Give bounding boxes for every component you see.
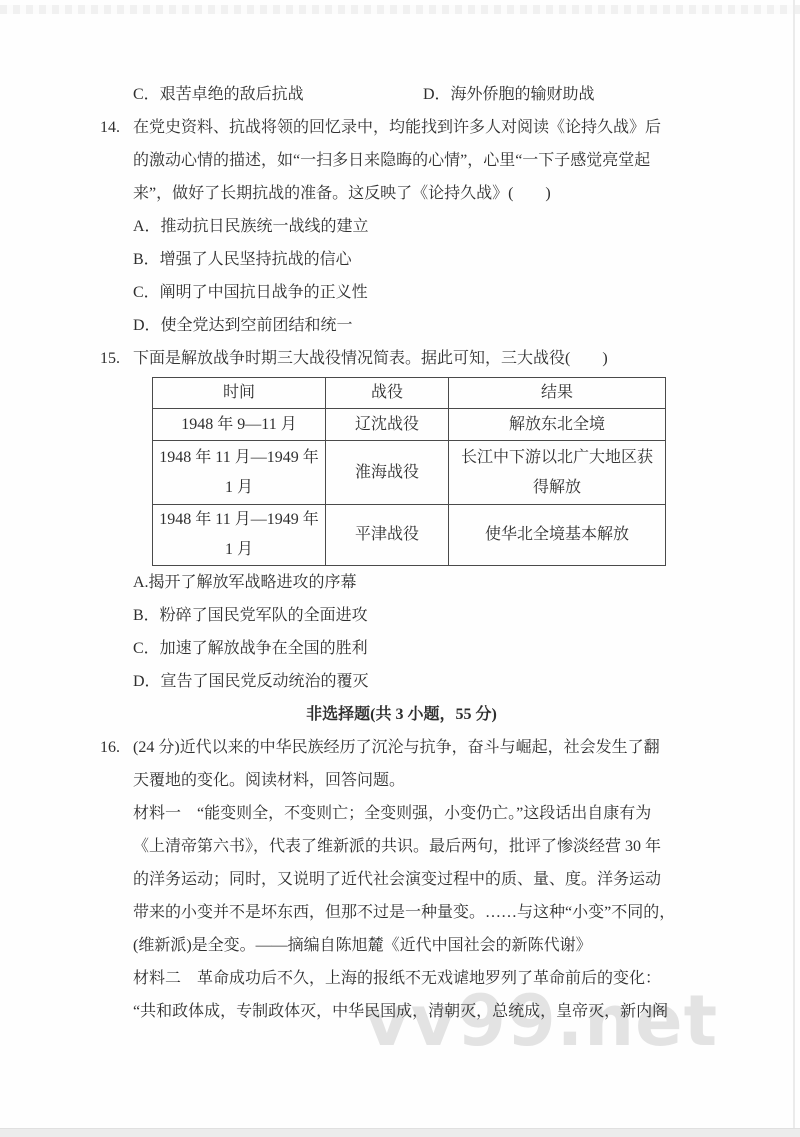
question-15-option-b: B．粉碎了国民党军队的全面进攻 (133, 599, 705, 632)
material-1-line: 带来的小变并不是坏东西，但那不过是一种量变。……与这种“小变”不同的， (133, 896, 705, 929)
material-1-line: 材料一 “能变则全，不变则亡；全变则强，小变仍亡。”这段话出自康有为 (133, 797, 705, 830)
table-cell-result: 长江中下游以北广大地区获得解放 (449, 441, 666, 505)
table-cell-battle: 辽沈战役 (326, 409, 449, 441)
table-row: 1948 年 11 月—1949 年 1 月 平津战役 使华北全境基本解放 (153, 505, 666, 566)
table-cell-battle: 淮海战役 (326, 441, 449, 505)
table-header-time: 时间 (153, 378, 326, 409)
question-15-line: 下面是解放战争时期三大战役情况简表。据此可知，三大战役( ) (133, 342, 705, 375)
question-14-option-a: A．推动抗日民族统一战线的建立 (133, 210, 705, 243)
material-1-line: (维新派)是全变。——摘编自陈旭麓《近代中国社会的新陈代谢》 (133, 929, 705, 962)
section-header: 非选择题(共 3 小题，55 分) (98, 698, 705, 731)
option-d-text: D．海外侨胞的输财助战 (423, 78, 595, 111)
question-14: 14. 在党史资料、抗战将领的回忆录中，均能找到许多人对阅读《论持久战》后 的激… (133, 111, 705, 342)
question-16: 16. (24 分)近代以来的中华民族经历了沉沦与抗争，奋斗与崛起，社会发生了翻… (133, 731, 705, 1028)
question-15: 15. 下面是解放战争时期三大战役情况简表。据此可知，三大战役( ) 时间 战役… (133, 342, 705, 698)
question-16-number: 16. (100, 731, 120, 764)
question-14-option-b: B．增强了人民坚持抗战的信心 (133, 243, 705, 276)
table-row: 1948 年 11 月—1949 年 1 月 淮海战役 长江中下游以北广大地区获… (153, 441, 666, 505)
three-campaigns-table: 时间 战役 结果 1948 年 9—11 月 辽沈战役 解放东北全境 1948 … (152, 377, 666, 566)
question-15-option-d: D．宣告了国民党反动统治的覆灭 (133, 665, 705, 698)
table-cell-result: 使华北全境基本解放 (449, 505, 666, 566)
table-header-row: 时间 战役 结果 (153, 378, 666, 409)
material-2: 材料二 革命成功后不久，上海的报纸不无戏谑地罗列了革命前后的变化： “共和政体成… (133, 962, 705, 1028)
question-15-option-a: A.揭开了解放军战略进攻的序幕 (133, 566, 705, 599)
table-cell-battle: 平津战役 (326, 505, 449, 566)
table-row: 1948 年 9—11 月 辽沈战役 解放东北全境 (153, 409, 666, 441)
question-15-option-c: C．加速了解放战争在全国的胜利 (133, 632, 705, 665)
question-16-line: (24 分)近代以来的中华民族经历了沉沦与抗争，奋斗与崛起，社会发生了翻 (133, 731, 705, 764)
question-14-line: 在党史资料、抗战将领的回忆录中，均能找到许多人对阅读《论持久战》后 (133, 111, 705, 144)
question-14-number: 14. (100, 111, 120, 144)
content-area: C．艰苦卓绝的敌后抗战 D．海外侨胞的输财助战 14. 在党史资料、抗战将领的回… (0, 0, 800, 1028)
table-cell-result: 解放东北全境 (449, 409, 666, 441)
prev-question-options-row: C．艰苦卓绝的敌后抗战 D．海外侨胞的输财助战 (133, 78, 705, 111)
exam-page: vv99.net C．艰苦卓绝的敌后抗战 D．海外侨胞的输财助战 14. 在党史… (0, 0, 800, 1137)
question-14-line: 的激动心情的描述，如“一扫多日来隐晦的心情”，心里“一下子感觉亮堂起 (133, 144, 705, 177)
table-header-result: 结果 (449, 378, 666, 409)
table-header-battle: 战役 (326, 378, 449, 409)
table-cell-time: 1948 年 11 月—1949 年 1 月 (153, 505, 326, 566)
scan-artifact-bottom-strip (0, 1128, 800, 1137)
material-1-line: 的洋务运动；同时，又说明了近代社会演变过程中的质、量、度。洋务运动 (133, 863, 705, 896)
table-cell-time: 1948 年 11 月—1949 年 1 月 (153, 441, 326, 505)
question-15-number: 15. (100, 342, 120, 375)
question-14-option-d: D．使全党达到空前团结和统一 (133, 309, 705, 342)
table-cell-time: 1948 年 9—11 月 (153, 409, 326, 441)
question-14-line: 来”，做好了长期抗战的准备。这反映了《论持久战》( ) (133, 177, 705, 210)
option-c-text: C．艰苦卓绝的敌后抗战 (133, 78, 423, 111)
material-2-line: “共和政体成，专制政体灭，中华民国成，清朝灭，总统成，皇帝灭，新内阁 (133, 995, 705, 1028)
material-1: 材料一 “能变则全，不变则亡；全变则强，小变仍亡。”这段话出自康有为 《上清帝第… (133, 797, 705, 962)
question-16-line: 天覆地的变化。阅读材料，回答问题。 (133, 764, 705, 797)
question-14-option-c: C．阐明了中国抗日战争的正义性 (133, 276, 705, 309)
material-1-line: 《上清帝第六书》，代表了维新派的共识。最后两句，批评了惨淡经营 30 年 (133, 830, 705, 863)
material-2-line: 材料二 革命成功后不久，上海的报纸不无戏谑地罗列了革命前后的变化： (133, 962, 705, 995)
